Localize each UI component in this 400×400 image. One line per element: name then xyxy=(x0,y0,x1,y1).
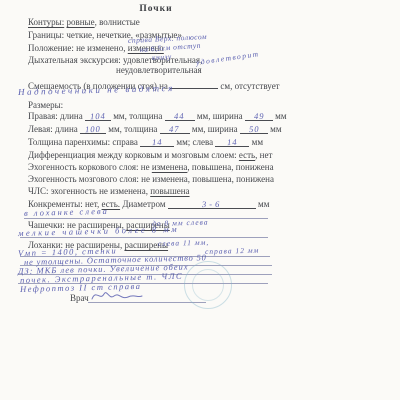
cortical-selected: изменена xyxy=(152,162,188,172)
left-width-value: 50 xyxy=(249,124,260,134)
parenchyma-label: Толщина паренхимы: справа xyxy=(28,137,138,147)
stamp-inner-circle xyxy=(192,269,224,301)
chls-label: ЧЛС: эхогенность не изменена, xyxy=(28,186,148,196)
parenchyma-unit2: мм xyxy=(252,137,263,147)
right-unit2: мм, ширина xyxy=(197,111,243,121)
contours-label: Контуры: xyxy=(28,17,64,27)
right-kidney-label: Правая: длина xyxy=(28,111,83,121)
left-unit1: мм, толщина xyxy=(108,124,157,134)
right-width-value: 49 xyxy=(253,111,264,121)
position-label: Положение: не изменено, xyxy=(28,43,126,53)
page-title: Почки xyxy=(0,4,312,14)
hw-excursion-note: удовлетворит xyxy=(195,49,260,67)
excursion-option2: неудовлетворительная xyxy=(116,65,202,75)
differentiation-label: Дифференциация между корковым и мозговым… xyxy=(28,150,237,160)
right-thickness-value: 44 xyxy=(174,111,185,121)
medullary-options: не изменена, повышена, понижена xyxy=(141,174,274,184)
contours-rest: , волнистые xyxy=(95,17,140,27)
doctor-label: Врач xyxy=(70,293,89,303)
parenchyma-right-value: 14 xyxy=(152,137,163,147)
left-unit3: мм xyxy=(270,124,281,134)
left-length-blank: 100 xyxy=(80,124,106,134)
excursion-label: Дыхательная экскурсия: xyxy=(28,55,121,65)
hw-concrement-location: в лоханке слева xyxy=(24,206,109,218)
excursion-line: Дыхательная экскурсия: удовлетворительна… xyxy=(28,55,202,65)
left-width-blank: 50 xyxy=(240,124,268,134)
chls-line: ЧЛС: эхогенность не изменена, повышена xyxy=(28,186,190,196)
doctor-signature xyxy=(90,288,144,304)
borders-label: Границы: xyxy=(28,30,64,40)
differentiation-rest: , нет xyxy=(255,150,272,160)
right-kidney-line: Правая: длина 104 мм, толщина 44 мм, шир… xyxy=(28,111,287,121)
right-width-blank: 49 xyxy=(245,111,273,121)
right-length-blank: 104 xyxy=(85,111,111,121)
parenchyma-right-blank: 14 xyxy=(140,137,174,147)
mobility-after: см, отсутствует xyxy=(220,81,279,91)
cortical-rest: , повышена, понижена xyxy=(187,162,273,172)
right-unit1: мм, толщина xyxy=(113,111,162,121)
hw-position-note3: книзу xyxy=(152,52,172,62)
right-length-value: 104 xyxy=(90,111,106,122)
ruled-line xyxy=(24,218,268,219)
contours-selected: ровные xyxy=(66,17,94,27)
ruled-line xyxy=(20,237,268,238)
left-length-value: 100 xyxy=(85,124,101,135)
medullary-label: Эхогенность мозгового слоя: xyxy=(28,174,139,184)
concrements-pre: Диаметром xyxy=(122,199,165,209)
differentiation-selected: есть xyxy=(239,150,255,160)
sizes-heading: Размеры: xyxy=(28,100,63,110)
concrements-unit: мм xyxy=(258,199,269,209)
right-thickness-blank: 44 xyxy=(165,111,195,121)
parenchyma-line: Толщина паренхимы: справа 14 мм; слева 1… xyxy=(28,137,263,147)
medullary-line: Эхогенность мозгового слоя: не изменена,… xyxy=(28,174,274,184)
diameter-blank: 3-6 xyxy=(168,199,256,209)
left-kidney-line: Левая: длина 100 мм, толщина 47 мм, шири… xyxy=(28,124,282,134)
diameter-value: 3-6 xyxy=(202,199,223,209)
kidney-ultrasound-form: Почки Контуры: ровные, волнистые Границы… xyxy=(0,0,400,400)
chls-selected: повышена xyxy=(150,186,189,196)
parenchyma-left-value: 14 xyxy=(227,137,238,147)
ruled-line xyxy=(20,256,270,257)
parenchyma-unit1: мм; слева xyxy=(176,137,213,147)
ruled-line xyxy=(18,274,272,275)
doctor-line: Врач xyxy=(70,293,89,303)
differentiation-line: Дифференциация между корковым и мозговым… xyxy=(28,150,272,160)
ruled-line xyxy=(20,265,272,266)
cortical-line: Эхогенность коркового слоя: не изменена,… xyxy=(28,162,274,172)
left-kidney-label: Левая: длина xyxy=(28,124,78,134)
contours-line: Контуры: ровные, волнистые xyxy=(28,17,140,27)
mobility-blank xyxy=(170,79,218,89)
left-thickness-blank: 47 xyxy=(160,124,190,134)
left-thickness-value: 47 xyxy=(169,124,180,134)
cortical-label: Эхогенность коркового слоя: не xyxy=(28,162,150,172)
left-unit2: мм, ширина xyxy=(192,124,238,134)
hw-pelvis-left: слева 11 мм, xyxy=(158,238,209,248)
right-unit3: мм xyxy=(275,111,286,121)
parenchyma-left-blank: 14 xyxy=(215,137,249,147)
hw-pelvis-right: справа 12 мм xyxy=(205,246,260,256)
